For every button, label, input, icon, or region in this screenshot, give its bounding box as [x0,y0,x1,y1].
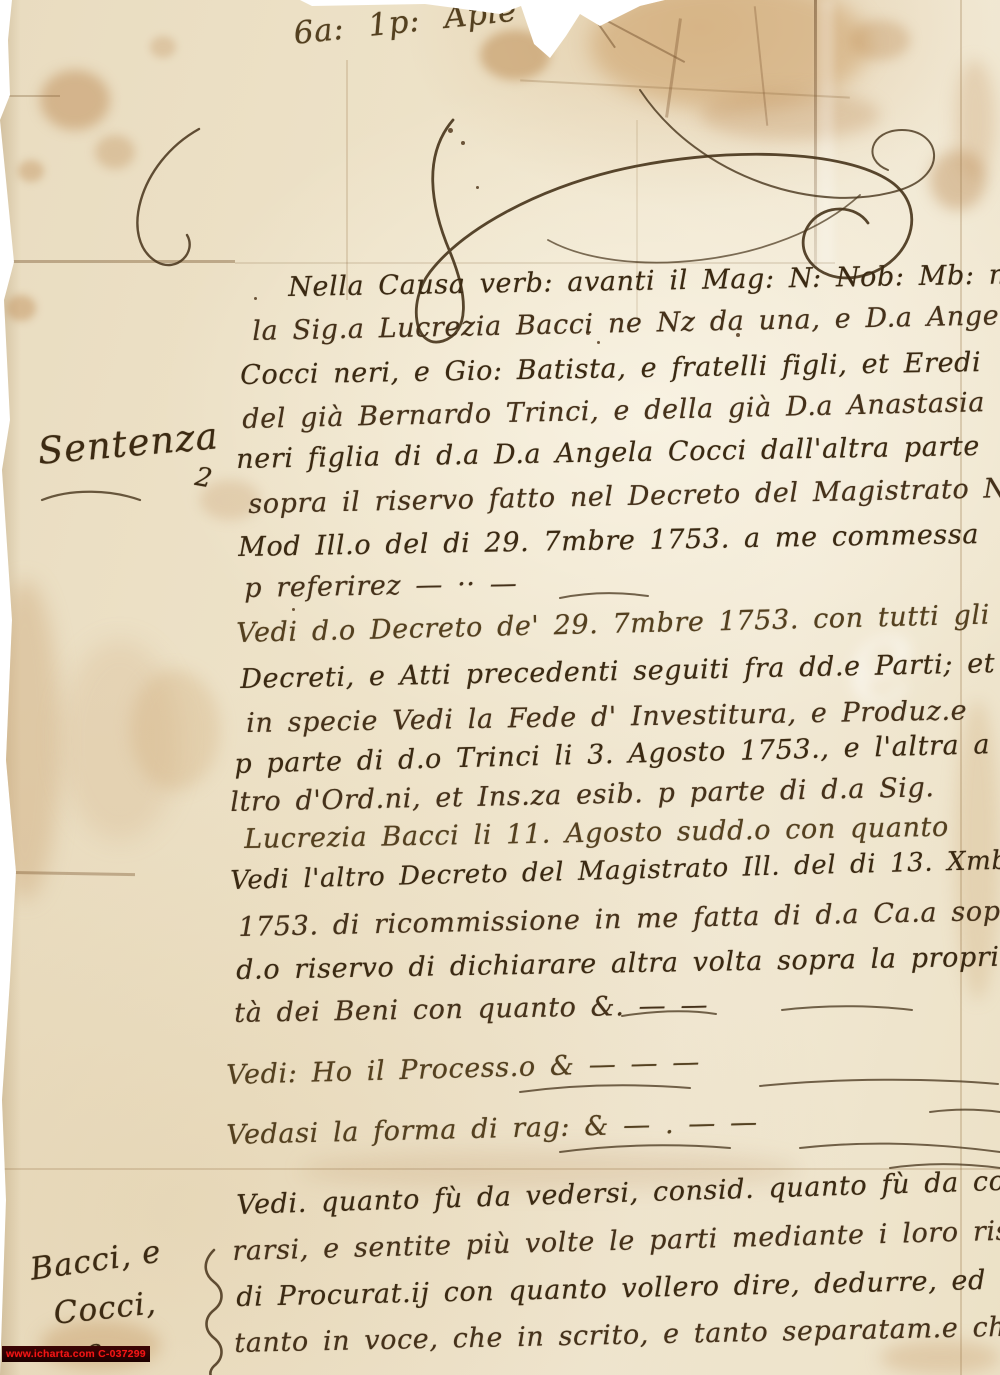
horizontal-crease [0,95,60,97]
bottom-margin-brace [206,1250,222,1375]
initial-flourish-left-curl [137,129,199,265]
ink-speck [597,341,600,344]
scanned-manuscript-page: e 6a: 1p: Aple 1756 Sentenza 2 Bacci, e … [0,0,1000,1375]
manuscript-line: 1753. di ricommissione in me fatta di d.… [238,895,1000,943]
pen-dash [782,1006,912,1010]
archive-watermark: www.icharta.com C-037299 [2,1346,150,1362]
manuscript-line: Lucrezia Bacci li 11. Agosto sudd.o con … [244,812,949,855]
sentenza-underline-swash [42,492,140,500]
stain [880,1340,1000,1375]
pen-dash [800,1144,1000,1152]
paper-sheet: e 6a: 1p: Aple 1756 Sentenza 2 Bacci, e … [0,0,1000,1375]
manuscript-line: Cocci neri, e Gio: Batista, e fratelli f… [240,347,982,391]
crease-highlight [818,0,834,268]
ink-speck [254,297,257,300]
manuscript-line: di Procurat.ij con quanto vollero dire, … [236,1262,1000,1313]
pen-dash [560,593,648,598]
vertical-crease [814,0,817,268]
stain [0,580,60,900]
stain [95,135,135,169]
header-inscription: 6a: 1p: Aple 1756 [292,0,624,52]
margin-note-sentenza: Sentenza [36,414,220,473]
manuscript-line: la Sig.a Lucrezia Bacci ne Nz da una, e … [252,300,1000,347]
pen-dash [760,1080,998,1086]
manuscript-line: neri figlia di d.a D.a Angela Cocci dall… [236,431,980,475]
stain [18,160,44,182]
margin-note-bacci: Bacci, e [28,1234,164,1288]
stain [480,30,550,80]
ink-speck [461,141,465,145]
manuscript-line: Mod Ill.o del di 29. 7mbre 1753. a me co… [238,519,979,563]
manuscript-line: d.o riservo di dichiarare altra volta so… [236,941,1000,986]
horizontal-crease [0,260,235,263]
manuscript-line: sopra il riservo fatto nel Decreto del M… [248,473,1000,520]
manuscript-line: rarsi, e sentite più volte le parti medi… [232,1214,1000,1267]
manuscript-line: Vedasi la forma di rag: & — . — — [226,1107,758,1151]
manuscript-line: Vedi: Ho il Process.o & — — — [226,1047,700,1091]
manuscript-line: Nella Causa verb: avanti il Mag: N: Nob:… [288,259,1000,303]
pen-dash [520,1085,690,1092]
stain [700,90,880,140]
vertical-crease [346,60,348,300]
pen-dash [930,1110,1000,1112]
manuscript-line: tà dei Beni con quanto &. — — [234,990,708,1029]
manuscript-line: del già Bernardo Trinci, e della già D.a… [242,387,985,435]
margin-note-cocci: Cocci, [52,1285,158,1332]
ink-speck [476,186,479,189]
manuscript-line: p referirez — ·· — [244,568,518,604]
stain [150,36,176,58]
stain [40,70,110,130]
ink-speck [292,608,295,611]
stain [6,295,36,321]
manuscript-line: ltro d'Ord.ni, et Ins.za esib. p parte d… [230,772,935,818]
stain [130,670,220,790]
ink-speck [448,128,453,133]
